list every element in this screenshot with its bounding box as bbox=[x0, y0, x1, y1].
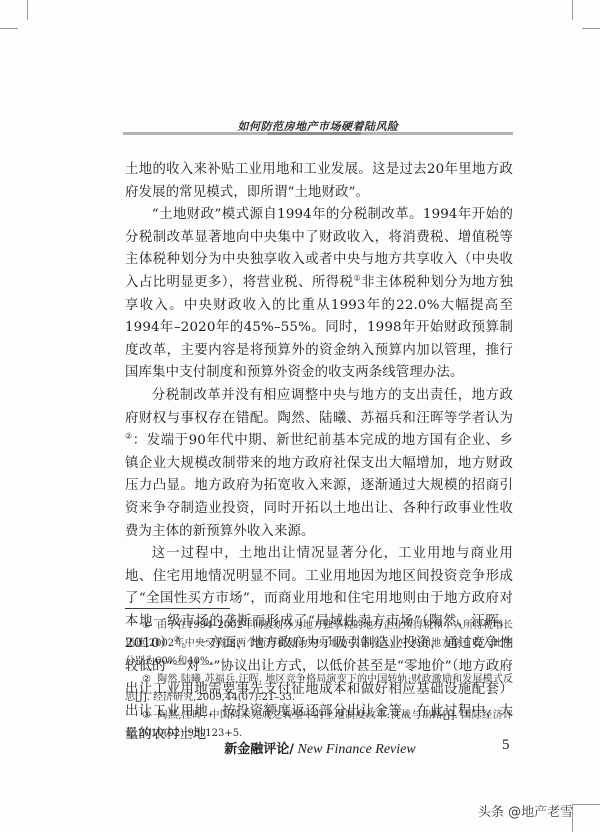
footnote-text: 由于在1994–2002年间被划分为地方独享税的地方企业所得税和个人所得税增长迅… bbox=[125, 620, 513, 667]
paragraph: 土地的收入来补贴工业用地和工业发展。这是过去20年里地方政府发展的常见模式，即所… bbox=[125, 159, 513, 204]
footnote-marker: ① bbox=[142, 620, 151, 631]
watermark: 头条 @地产老雪 bbox=[478, 801, 573, 820]
crop-mark bbox=[572, 0, 573, 20]
paragraph: “土地财政”模式源自1994年的分税制改革。1994年开始的分税制改革显著地向中… bbox=[125, 204, 513, 385]
paragraph: 分税制改革并没有相应调整中央与地方的支出责任，地方政府财权与事权存在错配。陶然、… bbox=[125, 385, 513, 543]
crop-mark bbox=[27, 0, 28, 20]
footnote-text: 陶然,汪晖. 中国尚未完成之转型中的土地制度改革:挑战与出路[J]. 国际经济评… bbox=[125, 710, 513, 739]
footnote-separator bbox=[125, 608, 230, 609]
footnote: ②陶然,陆曦,苏福兵,汪晖. 地区竞争格局演变下的中国转轨:财政激励和发展模式反… bbox=[125, 671, 513, 707]
document-page: 如何防范房地产市场硬着陆风险 土地的收入来补贴工业用地和工业发展。这是过去20年… bbox=[0, 0, 600, 832]
footnotes: ①由于在1994–2002年间被划分为地方独享税的地方企业所得税和个人所得税增长… bbox=[125, 617, 513, 743]
footnote-marker: ③ bbox=[142, 710, 151, 721]
journal-footer: 新金融评论/ New Finance Review bbox=[200, 738, 440, 758]
crop-mark bbox=[572, 804, 573, 832]
footnote-reference: ① bbox=[353, 274, 361, 283]
journal-name-en: New Finance Review bbox=[294, 742, 416, 757]
footnote: ①由于在1994–2002年间被划分为地方独享税的地方企业所得税和个人所得税增长… bbox=[125, 617, 513, 671]
journal-name-cn: 新金融评论/ bbox=[224, 742, 294, 757]
crop-mark bbox=[572, 804, 600, 805]
footnote-reference: ② bbox=[125, 432, 133, 441]
footnote-marker: ② bbox=[142, 674, 151, 685]
footnote-text: 陶然,陆曦,苏福兵,汪晖. 地区竞争格局演变下的中国转轨:财政激励和发展模式反思… bbox=[125, 674, 513, 703]
crop-mark bbox=[0, 28, 18, 29]
header-rule bbox=[123, 132, 513, 135]
page-number: 5 bbox=[502, 737, 510, 754]
crop-mark bbox=[582, 28, 600, 29]
